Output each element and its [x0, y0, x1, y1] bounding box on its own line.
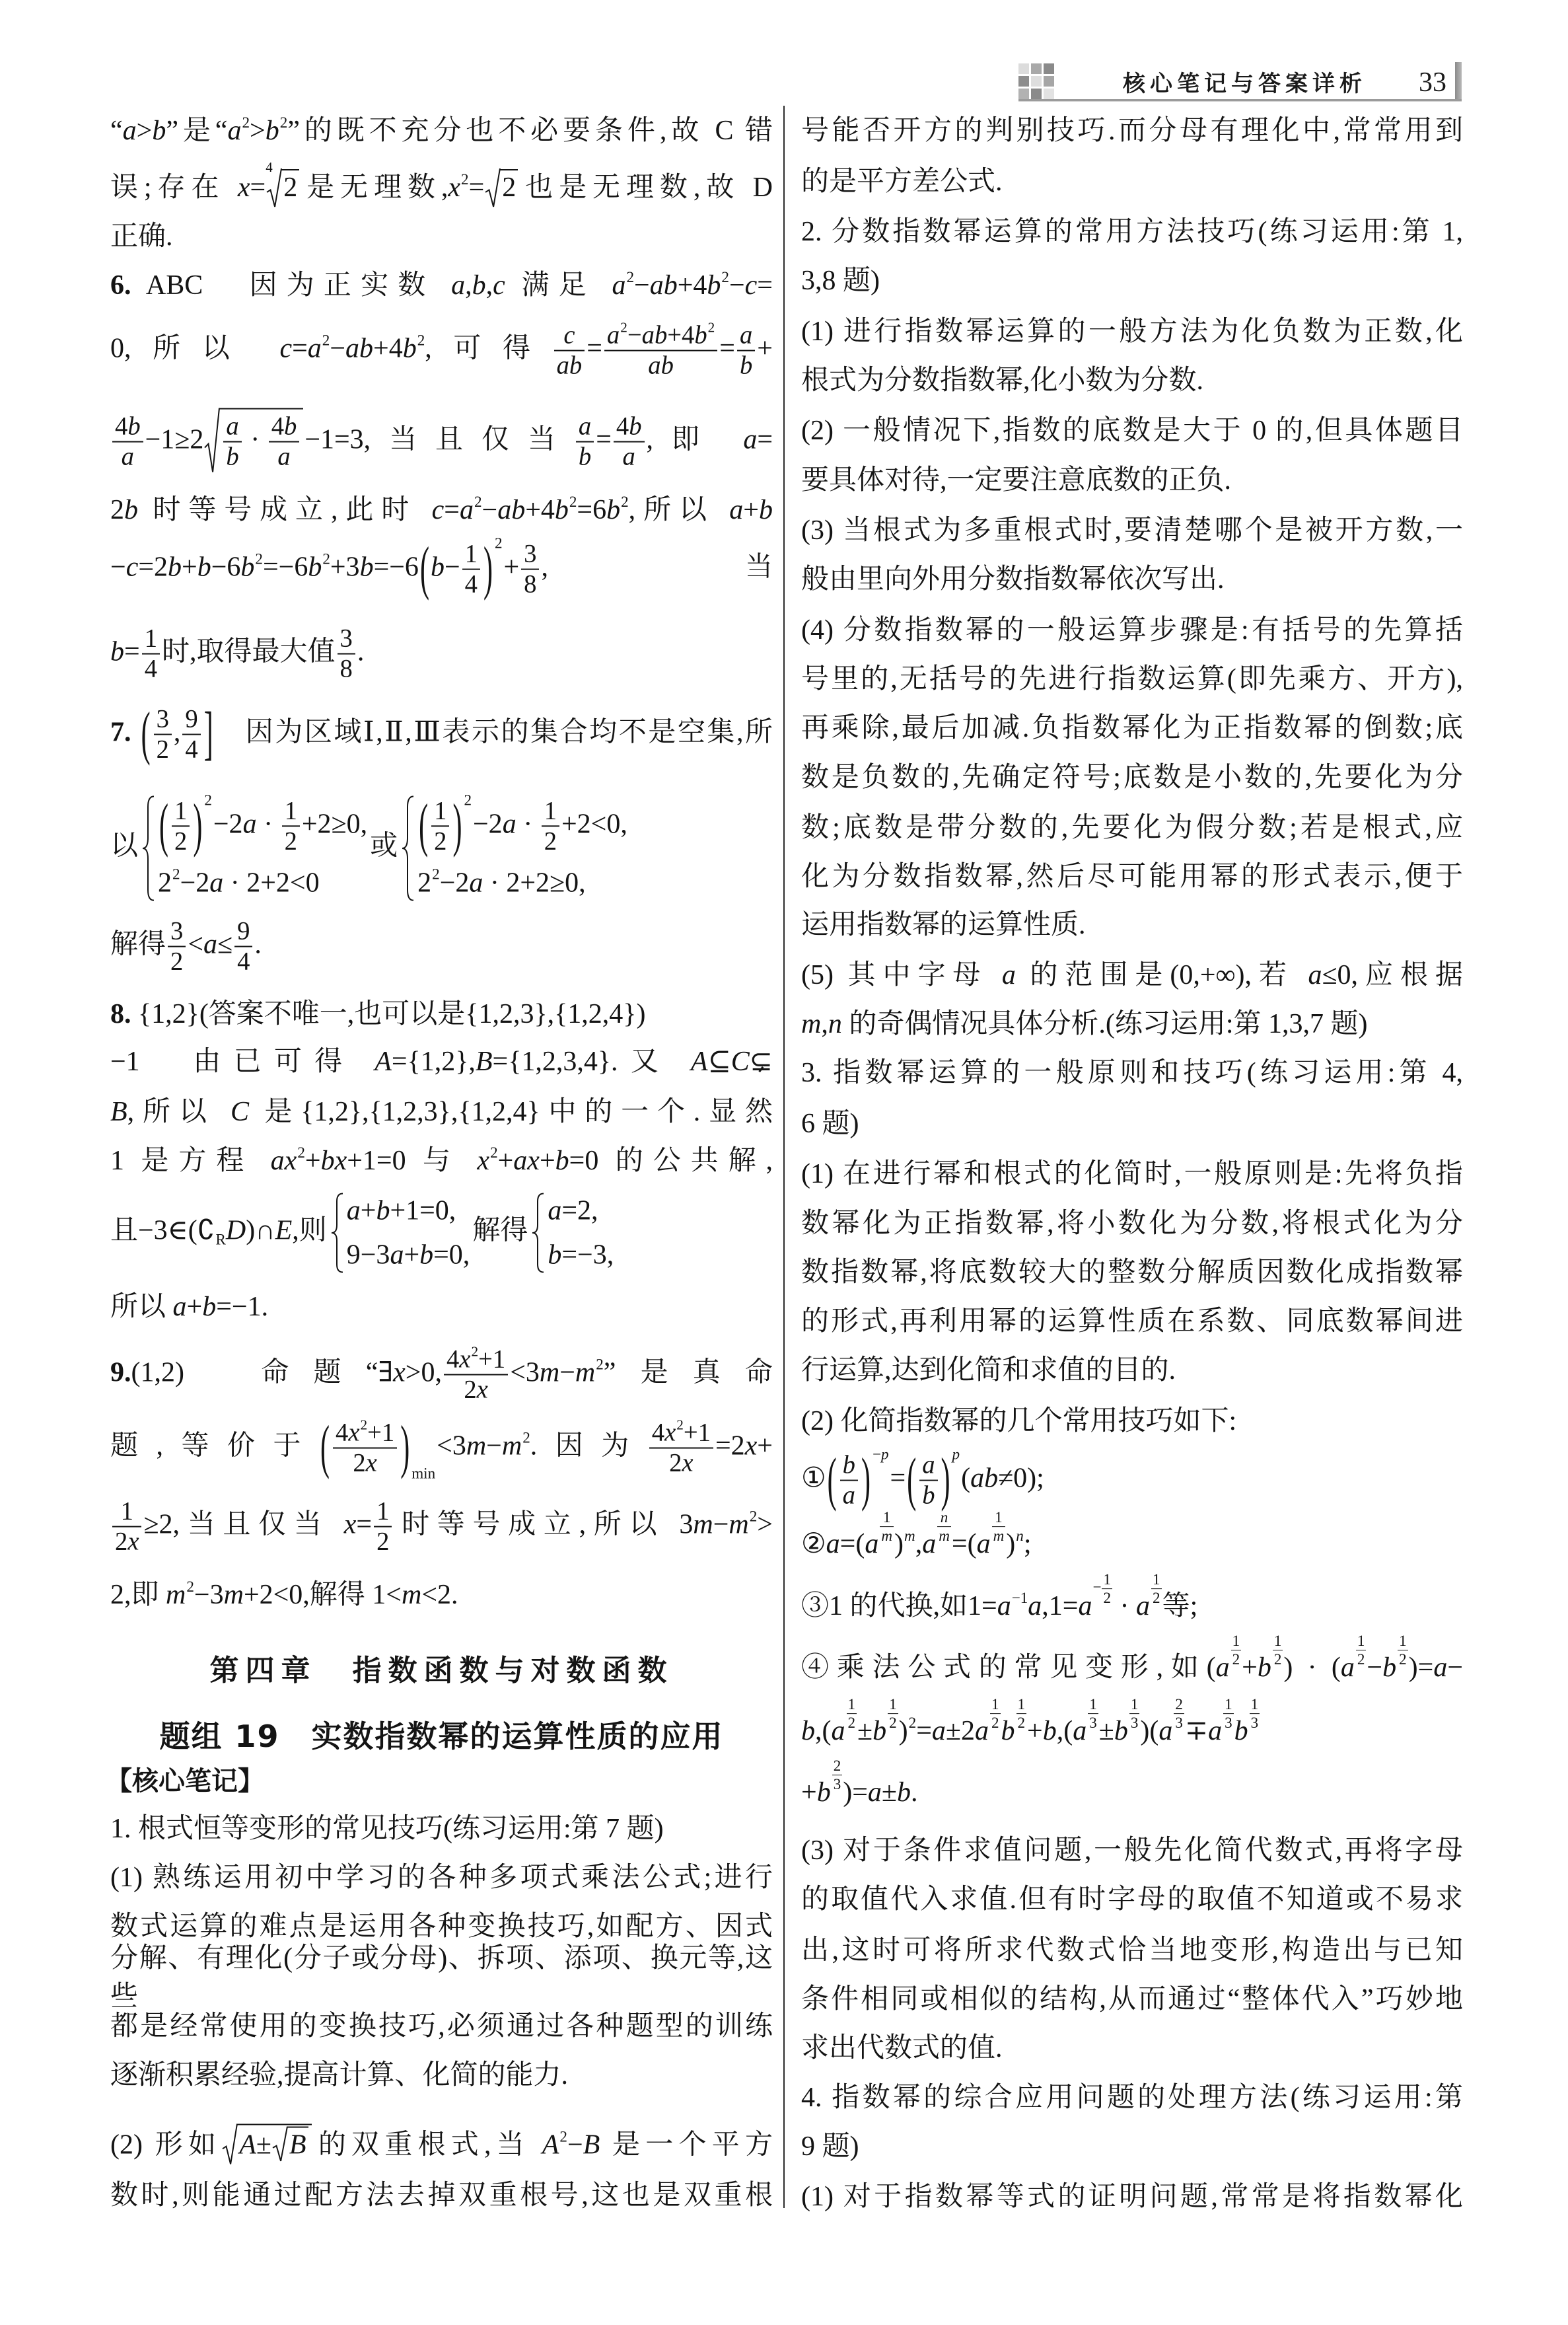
- equation-row: (12)2−2a · 12+2<0,: [417, 796, 627, 856]
- bracket-content: 12: [168, 796, 193, 856]
- math-variable: a: [1136, 1591, 1150, 1621]
- left-brace-icon: [142, 796, 155, 900]
- math-variable: b: [1234, 1716, 1248, 1746]
- logo-grid-cell: [1018, 89, 1029, 99]
- math-variable: b: [843, 1452, 855, 1479]
- math-variable: a: [868, 1777, 882, 1808]
- math-variable: a: [1341, 1652, 1355, 1683]
- fraction: 4x2+12x: [444, 1345, 508, 1405]
- fraction-denominator: 2: [282, 826, 300, 856]
- note-line: 数指数幂,将底数较大的整数分解质因数化成指数幂: [801, 1253, 1463, 1292]
- fraction-denominator: 2: [1231, 1650, 1242, 1668]
- fraction-numerator: 3: [154, 705, 172, 734]
- fraction: ab: [576, 412, 594, 472]
- text-run: +: [404, 1239, 419, 1270]
- note-line: ①(ba)−p=(ab)p(ab≠0);: [801, 1451, 1463, 1511]
- text-run: −: [627, 322, 642, 350]
- text-run: 2: [1103, 1589, 1111, 1606]
- text-run: 2: [889, 1714, 897, 1731]
- item-number: 9.: [110, 1358, 131, 1388]
- text-run: +: [498, 1146, 514, 1176]
- text-run: 是{1,2},{1,2,3},{1,2,4}中的一个.显然: [249, 1097, 773, 1127]
- note-line: 要具体对待,一定要注意底数的正负.: [801, 461, 1463, 499]
- math-variable: c: [279, 334, 292, 364]
- superscript: 2: [186, 1579, 194, 1594]
- text-run: +2<0,: [561, 809, 627, 839]
- fraction-numerator: 2: [832, 1757, 843, 1775]
- fraction: 12: [1231, 1632, 1242, 1668]
- math-variable: x: [745, 1431, 758, 1461]
- text-run: ;: [1024, 1529, 1032, 1559]
- open-bracket: (: [320, 1419, 330, 1478]
- text-run: ⊆: [708, 1047, 731, 1077]
- document-page: 核心笔记与答案详析 33 第四章 指数函数与对数函数 题组 19 实数指数幂的运…: [0, 0, 1568, 2325]
- math-variable: x: [459, 1346, 470, 1374]
- fraction-denominator: a: [269, 441, 300, 472]
- superscript: 2: [490, 1145, 498, 1160]
- math-variable: a: [1073, 1716, 1087, 1746]
- math-variable: b: [694, 322, 707, 350]
- note-line: 数幂化为正指数幂,将小数化为分数,将根式化为分: [801, 1204, 1463, 1243]
- text-run: 2. 分数指数幂运算的常用方法技巧(练习运用:第 1,: [801, 217, 1463, 247]
- math-variable: a: [1308, 960, 1322, 990]
- logo-grid-cell: [1018, 63, 1029, 74]
- fraction-denominator: 4: [234, 946, 252, 977]
- text-run: )(: [1140, 1716, 1158, 1746]
- text-run: ,所以: [127, 1097, 231, 1127]
- text-run: 或: [370, 831, 398, 862]
- fraction-denominator: b: [737, 350, 755, 381]
- math-variable: a: [743, 425, 757, 455]
- math-variable: b: [629, 413, 641, 441]
- text-run: ·: [244, 425, 267, 455]
- text-run: =−6: [374, 552, 419, 583]
- text-run: 1: [1131, 1695, 1139, 1713]
- fraction-numerator: 1: [990, 1695, 1001, 1713]
- fraction-denominator: 4: [462, 569, 480, 599]
- text-run: −2: [440, 867, 470, 898]
- answer-line: 2b 时等号成立,此时 c=a2−ab+4b2=6b2,所以 a+b: [110, 491, 773, 529]
- math-variable: a: [975, 1716, 989, 1746]
- fraction: 38: [521, 540, 539, 600]
- fraction: 4ba: [269, 412, 300, 472]
- fraction-numerator: 1: [1398, 1632, 1408, 1650]
- header-edge-bar: [1455, 62, 1462, 101]
- logo-grid-cell: [1031, 89, 1042, 99]
- text-run: 等;: [1162, 1591, 1198, 1621]
- radical-sign-icon: [205, 408, 219, 472]
- text-run: 3: [1131, 1714, 1139, 1731]
- text-run: 1: [1018, 1695, 1026, 1713]
- text-run: ②: [801, 1529, 826, 1559]
- answer-line: b=14时,取得最大值38.: [110, 624, 773, 684]
- close-bracket: ): [452, 797, 462, 856]
- fraction-numerator: a: [223, 412, 241, 441]
- math-variable: a: [390, 1239, 404, 1270]
- text-run: 的奇偶情况具体分析.(练习运用:第 1,3,7 题): [842, 1009, 1368, 1039]
- close-bracket: ): [193, 797, 202, 856]
- fraction-denominator: 2x: [444, 1374, 508, 1405]
- math-variable: x: [344, 1510, 357, 1540]
- text-run: [131, 718, 140, 748]
- note-line: 1. 根式恒等变形的常见技巧(练习运用:第 7 题): [110, 1810, 773, 1848]
- math-variable: b: [897, 1777, 911, 1808]
- text-run: 1: [1232, 1632, 1240, 1649]
- text-run: 4: [465, 571, 478, 599]
- text-run: 1: [174, 797, 187, 825]
- text-run: 数幂化为正指数幂,将小数化为分数,将根式化为分: [801, 1208, 1463, 1239]
- fraction-numerator: 4x2+1: [444, 1345, 508, 1374]
- radical: B: [273, 2127, 308, 2161]
- text-run: −1 由已可得: [110, 1047, 374, 1077]
- note-line: 4. 指数幂的综合应用问题的处理方法(练习运用:第: [801, 2079, 1463, 2117]
- text-run: 数式运算的难点是运用各种变换技巧,如配方、因式: [110, 1911, 773, 1942]
- math-variable: A: [691, 1047, 708, 1077]
- math-variable: b: [284, 413, 297, 441]
- text-run: 2: [1399, 1650, 1407, 1668]
- text-run: 的是平方差公式.: [801, 166, 1003, 197]
- text-run: 3: [1089, 1714, 1097, 1731]
- text-run: 4: [115, 413, 127, 441]
- superscript: 2: [559, 2129, 567, 2144]
- fraction: 12x: [112, 1497, 141, 1557]
- answer-line: 1 是方程 ax2+bx+1=0 与 x2+ax+b=0 的公共解,: [110, 1142, 773, 1180]
- header-title: 核心笔记与答案详析: [1123, 71, 1367, 97]
- text-run: =−3,: [561, 1239, 614, 1270]
- math-variable: a: [612, 270, 625, 301]
- text-run: =: [596, 425, 612, 455]
- fraction: 23: [832, 1757, 843, 1792]
- text-run: ≤0,应根据: [1322, 960, 1463, 990]
- radical: 2: [485, 168, 518, 207]
- math-variable: m: [993, 1527, 1005, 1544]
- math-variable: a: [922, 1452, 935, 1479]
- superscript: 12: [1355, 1632, 1367, 1668]
- text-run: −: [482, 495, 498, 525]
- text-run: =0 的公共解,: [569, 1146, 773, 1176]
- text-run: 误;存在: [110, 172, 238, 203]
- column-divider: [783, 106, 785, 2208]
- text-run: ,(: [1057, 1716, 1073, 1746]
- math-variable: ab: [497, 495, 525, 525]
- text-run: 般由里向外用分数指数幂依次写出.: [801, 564, 1225, 595]
- text-run: (1,2) 命题“∃: [131, 1358, 394, 1388]
- fraction-denominator: 2: [1151, 1588, 1162, 1607]
- text-run: 条件相同或相似的结构,从而通过“整体代入”巧妙地: [801, 1984, 1463, 2014]
- superscript: 12: [989, 1695, 1001, 1731]
- math-variable: b: [801, 1716, 815, 1746]
- note-line: ②a=(a1m)m,anm=(a1m)n;: [801, 1525, 1463, 1567]
- math-variable: a: [451, 270, 465, 301]
- text-run: (1) 熟练运用初中学习的各种多项式乘法公式;进行: [110, 1863, 773, 1893]
- math-variable: b: [817, 1777, 831, 1808]
- text-run: .: [357, 637, 365, 667]
- text-run: 3: [1225, 1714, 1232, 1731]
- text-run: ,所以: [629, 495, 730, 525]
- text-run: ABC 因为正实数: [131, 270, 452, 301]
- fraction-denominator: 4: [142, 653, 160, 684]
- fraction-numerator: 1: [888, 1695, 898, 1713]
- math-variable: a: [1078, 1591, 1092, 1621]
- superscript: 2: [621, 494, 629, 509]
- fraction: ab: [919, 1451, 937, 1511]
- text-run: ±2: [946, 1716, 975, 1746]
- text-run: 逐渐积累经验,提高计算、化简的能力.: [110, 2060, 568, 2090]
- text-run: 解得: [472, 1216, 528, 1246]
- note-line: 行运算,达到化简和求值的目的.: [801, 1351, 1463, 1389]
- superscript: 2: [322, 332, 330, 348]
- fraction: 12: [1151, 1570, 1162, 1606]
- fraction-denominator: 8: [521, 569, 539, 599]
- text-run: )∩: [246, 1216, 275, 1246]
- left-brace-icon: [532, 1194, 545, 1273]
- fraction-numerator: 1: [431, 796, 449, 825]
- superscript: 2: [721, 270, 729, 285]
- fraction: 12: [374, 1497, 392, 1557]
- bracket-content: b−14: [429, 540, 483, 600]
- fraction-denominator: 2: [431, 826, 449, 856]
- text-run: =: [292, 334, 308, 364]
- text-run: +: [540, 1146, 555, 1176]
- math-variable: D: [226, 1216, 246, 1246]
- math-variable: b: [579, 443, 591, 471]
- radicand: ab · 4ba: [219, 408, 303, 472]
- text-run: 1: [1153, 1570, 1160, 1588]
- text-run: 求出代数式的值.: [801, 2033, 1003, 2063]
- math-variable: a: [226, 413, 238, 441]
- superscript: nm: [937, 1508, 952, 1544]
- text-run: {1,2}(答案不唯一,也可以是{1,2,3},{1,2,4}): [131, 999, 646, 1029]
- text-run: −: [445, 552, 460, 583]
- text-run: 1 是方程: [110, 1146, 271, 1176]
- text-run: =2: [715, 1431, 745, 1461]
- note-line: (2) 形如A±B的双重根式,当 A2−B 是一个平方: [110, 2124, 773, 2164]
- fraction: 14: [142, 624, 160, 684]
- text-run: 1: [883, 1508, 891, 1526]
- fraction: 12: [1016, 1695, 1027, 1731]
- math-variable: b: [555, 1146, 569, 1176]
- answer-line: 8. {1,2}(答案不唯一,也可以是{1,2,3},{1,2,4}): [110, 995, 773, 1033]
- equation-rows: a=2,b=−3,: [548, 1194, 614, 1273]
- text-run: 时,取得最大值: [162, 637, 336, 667]
- math-variable: a: [469, 867, 483, 898]
- text-run: 2: [285, 828, 297, 856]
- radicand: 2: [281, 169, 299, 203]
- text-run: +: [743, 495, 759, 525]
- text-run: =: [444, 495, 460, 525]
- text-run: 要具体对待,一定要注意底数的正负.: [801, 465, 1231, 496]
- note-line: 运用指数幂的运算性质.: [801, 906, 1463, 944]
- math-variable: a: [977, 1529, 991, 1559]
- math-variable: m: [224, 1580, 244, 1610]
- note-line: 2. 分数指数幂运算的常用方法技巧(练习运用:第 1,: [801, 213, 1463, 251]
- note-line: (1) 在进行幂和根式的化简时,一般原则是:先将负指: [801, 1155, 1463, 1193]
- superscript: 2: [417, 332, 425, 348]
- math-variable: c: [493, 270, 505, 301]
- superscript: 2: [474, 494, 482, 509]
- text-run: 2: [158, 867, 172, 898]
- text-run: >: [250, 116, 266, 146]
- text-run: 1: [544, 797, 557, 825]
- note-line: 分解、有理化(分子或分母)、拆项、添项、换元等,这些: [110, 1939, 773, 2016]
- math-variable: b: [873, 1716, 886, 1746]
- answer-line: 解得32<a≤94.: [110, 917, 773, 977]
- math-variable: a: [227, 116, 241, 146]
- parenthesized-expression: (b−14)2: [420, 540, 503, 600]
- text-run: 1: [1357, 1632, 1365, 1649]
- note-line: 号里的,无括号的先进行指数运算(即先乘方、开方),: [801, 660, 1463, 698]
- equation-system: a+b+1=0,9−3a+b=0,: [330, 1194, 470, 1273]
- text-run: )=: [843, 1777, 868, 1808]
- text-run: 号里的,无括号的先进行指数运算(即先乘方、开方),: [801, 664, 1463, 694]
- note-line: 都是经常使用的变换技巧,必须通过各种题型的训练: [110, 2007, 773, 2046]
- note-line: 的是平方差公式.: [801, 163, 1463, 201]
- answer-line: 4ba−1≥2ab · 4ba−1=3,当且仅当ab=4ba,即 a=: [110, 408, 773, 472]
- text-run: +4: [678, 270, 707, 301]
- math-variable: b: [308, 552, 322, 583]
- text-run: ): [899, 1716, 908, 1746]
- text-run: 9−3: [347, 1239, 390, 1270]
- text-run: 运用指数幂的运算性质.: [801, 910, 1086, 940]
- text-run: −: [559, 1358, 575, 1388]
- fraction: 94: [234, 917, 252, 977]
- text-run: −1≥2: [145, 425, 204, 455]
- superscript: 2: [360, 1419, 367, 1432]
- open-bracket: (: [420, 540, 429, 599]
- fraction-numerator: 1: [993, 1508, 1004, 1526]
- fraction: 13: [1088, 1695, 1098, 1731]
- bracket-content: 12: [428, 796, 452, 856]
- text-run: −: [567, 2130, 583, 2160]
- fraction: 13: [1129, 1695, 1140, 1731]
- superscript: 2: [620, 321, 627, 335]
- math-variable: p: [881, 1446, 889, 1463]
- note-line: (1) 熟练运用初中学习的各种多项式乘法公式;进行: [110, 1859, 773, 1897]
- text-run: +: [182, 552, 197, 583]
- chapter-heading: 第四章 指数函数与对数函数: [110, 1652, 773, 1689]
- text-run: 1: [465, 540, 478, 568]
- math-variable: c: [432, 495, 445, 525]
- fraction-denominator: b: [919, 1480, 937, 1510]
- text-run: ④乘法公式的常见变形,如(: [801, 1652, 1216, 1683]
- text-run: ∓: [1185, 1716, 1208, 1746]
- math-variable: ab: [557, 352, 583, 380]
- math-variable: E: [275, 1216, 293, 1246]
- text-run: ·: [517, 809, 540, 839]
- fraction-denominator: a: [614, 441, 645, 472]
- radical: A±B: [223, 2124, 311, 2164]
- fraction-numerator: 1: [882, 1508, 892, 1526]
- fraction-numerator: a: [737, 321, 755, 350]
- fraction-numerator: c: [561, 321, 577, 350]
- math-variable: b: [431, 552, 445, 583]
- text-run: ③1 的代换,如1=: [801, 1591, 997, 1621]
- superscript: 2: [432, 867, 440, 882]
- header-logo-grid: [1018, 63, 1054, 99]
- text-run: ,(: [815, 1716, 832, 1746]
- superscript: 2: [204, 792, 212, 807]
- math-variable: a: [932, 1716, 946, 1746]
- radical-sign-icon: [485, 168, 500, 207]
- text-run: (3) 当根式为多重根式时,要清楚哪个是被开方数,一: [801, 515, 1463, 546]
- text-run: 1: [1399, 1632, 1407, 1649]
- text-run: +1=0,: [390, 1196, 456, 1226]
- math-variable: b: [266, 116, 279, 146]
- math-variable: m: [939, 1527, 950, 1544]
- math-variable: b: [707, 270, 721, 301]
- answer-line: 所以 a+b=−1.: [110, 1288, 773, 1326]
- text-run: 2: [502, 172, 516, 203]
- text-run: 4: [616, 413, 629, 441]
- fraction: 12: [847, 1695, 857, 1731]
- math-variable: b: [197, 552, 211, 583]
- text-run: 1. 根式恒等变形的常见技巧(练习运用:第 7 题): [110, 1814, 664, 1844]
- text-run: +4: [667, 322, 694, 350]
- answer-line: 6. ABC 因为正实数 a,b,c 满足 a2−ab+4b2−c=: [110, 266, 773, 305]
- open-bracket: (: [907, 1451, 916, 1510]
- text-run: ,当: [541, 552, 773, 583]
- text-run: 都是经常使用的变换技巧,必须通过各种题型的训练: [110, 2011, 773, 2042]
- superscript: 23: [832, 1757, 843, 1792]
- fraction-denominator: 3: [1174, 1713, 1184, 1732]
- text-run: 以: [110, 831, 138, 862]
- math-variable: a: [277, 443, 290, 471]
- text-run: +1: [478, 1346, 505, 1374]
- note-line: (2) 一般情况下,指数的底数是大于 0 的,但具体题目: [801, 412, 1463, 450]
- note-line: (3) 当根式为多重根式时,要清楚哪个是被开方数,一: [801, 511, 1463, 550]
- math-variable: b: [403, 334, 417, 364]
- text-run: +1=0 与: [347, 1146, 477, 1176]
- text-run: 4. 指数幂的综合应用问题的处理方法(练习运用:第: [801, 2083, 1463, 2113]
- text-run: )=: [1409, 1652, 1434, 1683]
- math-variable: a: [1208, 1716, 1222, 1746]
- fraction-numerator: 2: [1174, 1695, 1184, 1713]
- text-run: +: [801, 1777, 817, 1808]
- text-run: 4: [271, 413, 284, 441]
- text-run: ⊊: [750, 1047, 773, 1077]
- text-run: =: [890, 1463, 906, 1494]
- text-run: =−1.: [216, 1292, 268, 1322]
- math-variable: m: [540, 1358, 559, 1388]
- text-run: 2: [1232, 1650, 1240, 1668]
- text-run: (2) 一般情况下,指数的底数是大于 0 的,但具体题目: [801, 416, 1463, 446]
- text-run: (1) 在进行幂和根式的化简时,一般原则是:先将负指: [801, 1159, 1463, 1189]
- fraction-denominator: m: [992, 1526, 1006, 1545]
- text-run: ,即: [647, 425, 744, 455]
- text-run: .: [254, 930, 262, 960]
- fraction-numerator: 1: [462, 540, 480, 569]
- text-run: −: [713, 1510, 729, 1540]
- math-variable: m: [402, 1580, 421, 1610]
- math-variable: A: [542, 2130, 559, 2160]
- text-run: =: [250, 172, 266, 203]
- math-variable: a: [243, 809, 257, 839]
- note-line: 数时,则能通过配方法去掉双重根号,这也是双重根: [110, 2176, 773, 2215]
- fraction-numerator: b: [840, 1451, 858, 1480]
- math-variable: B: [110, 1097, 127, 1127]
- text-run: ±: [857, 1716, 873, 1746]
- fraction: 12: [1102, 1570, 1112, 1606]
- fraction: ab: [223, 412, 241, 472]
- text-run: 8: [524, 571, 536, 599]
- text-run: >0,: [406, 1358, 442, 1388]
- fraction: 1m: [880, 1508, 894, 1544]
- radical-sign-icon: [273, 2127, 287, 2161]
- fraction-numerator: 1: [542, 796, 559, 825]
- fraction-numerator: 1: [1231, 1632, 1242, 1650]
- text-run: 1: [991, 1695, 999, 1713]
- text-run: 2: [1357, 1650, 1365, 1668]
